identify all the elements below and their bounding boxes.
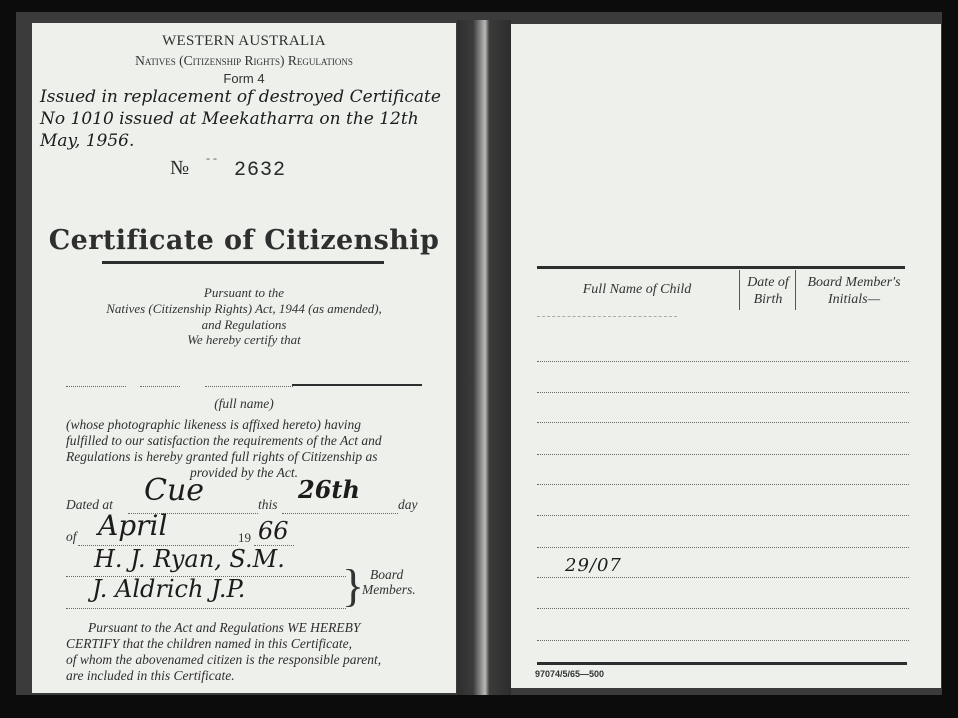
certificate-number-label: № (170, 157, 189, 180)
full-name-field-part-1 (66, 385, 126, 387)
header-form: Form 4 (32, 71, 456, 86)
body-text-line-3: Regulations is hereby granted full right… (66, 449, 426, 465)
month-handwritten: April (98, 509, 167, 542)
board-label-line-2: Members. (362, 582, 416, 598)
certificate-number: 2632 (234, 159, 286, 182)
certificate-left-page: WESTERN AUSTRALIA Natives (Citizenship R… (32, 23, 456, 693)
day-field (282, 512, 398, 514)
place-handwritten: Cue (144, 473, 204, 508)
print-code: 97074/5/65—500 (535, 669, 604, 679)
book-spine (457, 20, 511, 695)
board-member-1-signature: H. J. Ryan, S.M. (94, 545, 285, 573)
children-register-right-page: Full Name of Child Date of Birth Board M… (511, 24, 941, 688)
board-member-2-field (66, 607, 346, 609)
row-line-10 (537, 639, 909, 641)
table-bottom-rule (537, 662, 907, 665)
row-line-3 (537, 421, 909, 423)
header-date-of-birth-line-2: Birth (740, 291, 796, 308)
header-regulations: Natives (Citizenship Rights) Regulations (32, 53, 456, 69)
row-line-6 (537, 514, 909, 516)
certificate-title: Certificate of Citizenship (32, 225, 456, 256)
row-line-9 (537, 607, 909, 609)
preamble-line-1: Pursuant to the (32, 285, 456, 301)
this-label: this (258, 497, 278, 513)
preamble-line-3: and Regulations (32, 317, 456, 333)
full-name-label: (full name) (32, 396, 456, 412)
handwritten-entry: 29/07 (565, 555, 622, 576)
header-state: WESTERN AUSTRALIA (32, 33, 456, 50)
body-text-line-2: fulfilled to our satisfaction the requir… (66, 433, 426, 449)
row-line-4 (537, 453, 909, 455)
children-clause-line-1: Pursuant to the Act and Regulations WE H… (88, 620, 438, 636)
handwritten-note-line-2: No 1010 issued at Meekatharra on the 12t… (40, 109, 419, 129)
year-prefix: 19 (238, 530, 251, 546)
title-underline (102, 261, 384, 264)
certificate-number-prefix: - - (206, 151, 217, 166)
full-name-field-underline (292, 384, 422, 386)
body-text-line-4: provided by the Act. (32, 465, 456, 481)
row-line-7 (537, 546, 909, 548)
preamble-line-4: We hereby certify that (32, 332, 456, 348)
year-handwritten: 66 (258, 517, 289, 545)
handwritten-note-line-1: Issued in replacement of destroyed Certi… (40, 87, 441, 107)
row-line-5 (537, 483, 909, 485)
children-clause-line-3: of whom the abovenamed citizen is the re… (66, 652, 446, 668)
day-handwritten: 26th (298, 475, 360, 504)
row-line-1 (537, 360, 909, 362)
row-line-2 (537, 391, 909, 393)
header-board-member-initials-line-2: Initials— (797, 291, 911, 308)
children-clause-line-4: are included in this Certificate. (66, 668, 446, 684)
board-label-line-1: Board (370, 567, 403, 583)
children-clause-line-2: CERTIFY that the children named in this … (66, 636, 446, 652)
full-name-field-part-3 (205, 385, 293, 387)
board-member-2-signature: J. Aldrich J.P. (92, 575, 245, 603)
full-name-field-part-2 (140, 385, 180, 387)
table-top-rule (537, 266, 905, 269)
board-members-brace: } (342, 563, 364, 609)
day-label: day (398, 497, 418, 513)
row-line-8 (537, 576, 909, 578)
header-full-name-of-child: Full Name of Child (537, 282, 737, 298)
of-label: of (66, 529, 77, 545)
handwritten-note-line-3: May, 1956. (40, 131, 134, 151)
header-date-of-birth-line-1: Date of (740, 274, 796, 291)
body-text-line-1: (whose photographic likeness is affixed … (66, 417, 426, 433)
row-line-0 (537, 315, 677, 317)
preamble-line-2: Natives (Citizenship Rights) Act, 1944 (… (32, 301, 456, 317)
header-board-member-initials-line-1: Board Member's (797, 274, 911, 291)
